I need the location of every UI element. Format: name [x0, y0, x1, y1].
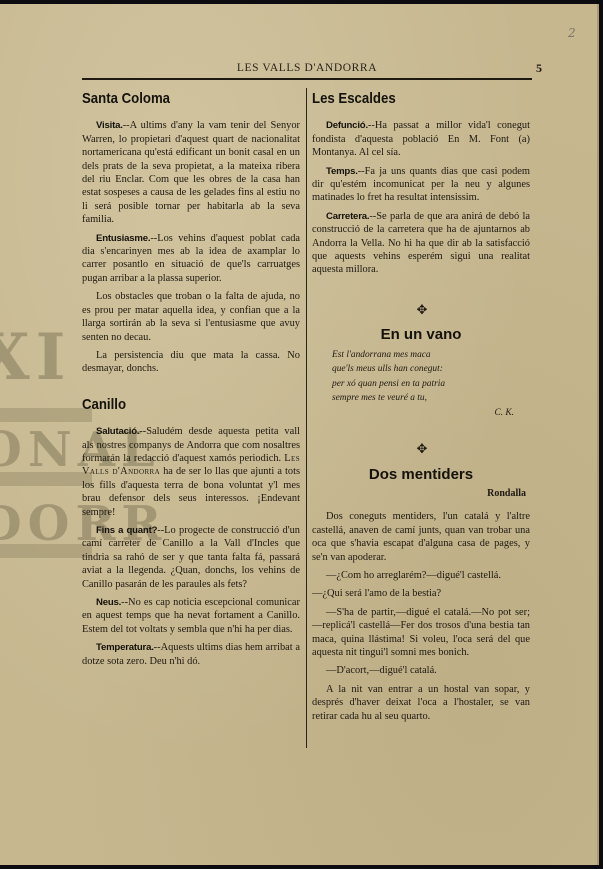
page-number: 5	[536, 61, 542, 76]
news-item: Visita.--A ultims d'any la vam tenir del…	[82, 119, 300, 226]
right-column: Les Escaldes Defunció.--Ha passat a mill…	[312, 88, 530, 728]
item-lead: Temps.	[326, 166, 358, 177]
story-title: Dos mentiders	[312, 468, 530, 481]
poem-line: que'ls meus ulls han conegut:	[332, 362, 530, 377]
item-lead: Carretera.	[326, 211, 369, 222]
item-lead: Neus.	[96, 597, 121, 608]
story-paragraph: A la nit van entrar a un hostal van sopa…	[312, 683, 530, 723]
story-paragraph: —¿Qui será l'amo de la bestia?	[312, 587, 530, 600]
poem-line: sempre mes te veuré a tu,	[332, 391, 530, 406]
story-paragraph: —D'acort,—digué'l catalá.	[312, 664, 530, 677]
news-item: Salutació.--Saludém desde aquesta petita…	[82, 425, 300, 519]
publication-title: LES VALLS D'ANDORRA	[82, 62, 532, 74]
news-item: Entusiasme.--Los vehins d'aquest poblat …	[82, 232, 300, 286]
story-subtitle: Rondalla	[312, 487, 526, 500]
item-lead: Visita.	[96, 120, 123, 131]
left-column: Santa Coloma Visita.--A ultims d'any la …	[82, 88, 300, 673]
news-item: Fins a quant?--Lo progecte de construcci…	[82, 524, 300, 591]
section-title-les-escaldes: Les Escaldes	[312, 92, 504, 105]
poem-title: En un vano	[312, 328, 530, 341]
poem-line: per xó quan pensi en ta patria	[332, 377, 530, 392]
news-item: Temperatura.--Aquests ultims dias hem ar…	[82, 641, 300, 668]
watermark-band	[0, 408, 92, 422]
poem-signature: C. K.	[312, 407, 530, 420]
news-item: Carretera.--Se parla de que ara anirá de…	[312, 210, 530, 277]
news-paragraph: La persistencia diu que mata la cassa. N…	[82, 349, 300, 376]
section-title-santa-coloma: Santa Coloma	[82, 92, 274, 105]
story-paragraph: —S'ha de partir,—digué el catalá.—No pot…	[312, 606, 530, 660]
item-lead: Temperatura.	[96, 642, 154, 653]
news-item: Defunció.--Ha passat a millor vida'l con…	[312, 119, 530, 159]
pencil-page-mark: 2	[568, 26, 576, 40]
news-paragraph: Los obstacles que troban o la falta de a…	[82, 290, 300, 344]
item-lead: Salutació.	[96, 426, 139, 437]
news-item: Neus.--No es cap noticia escepcional com…	[82, 596, 300, 636]
item-lead: Defunció.	[326, 120, 368, 131]
poem-line: Est l'andorrana mes maca	[332, 348, 530, 363]
fleuron-ornament-icon: ✥	[312, 442, 530, 455]
newspaper-page: 2 XI ONAL DORR LES VALLS D'ANDORRA 5 San…	[0, 4, 599, 865]
news-item: Temps.--Fa ja uns quants dias que casi p…	[312, 165, 530, 205]
running-header: LES VALLS D'ANDORRA 5	[82, 60, 532, 80]
column-rule	[306, 88, 307, 748]
story-paragraph: —¿Com ho arreglarém?—digué'l castellá.	[312, 569, 530, 582]
fleuron-ornament-icon: ✥	[312, 303, 530, 316]
item-lead: Fins a quant?	[96, 525, 157, 536]
library-watermark: XI	[0, 320, 72, 395]
story-paragraph: Dos coneguts mentiders, l'un catalá y l'…	[312, 510, 530, 564]
section-title-canillo: Canillo	[82, 398, 274, 411]
item-lead: Entusiasme.	[96, 233, 150, 244]
poem-verses: Est l'andorrana mes maca que'ls meus ull…	[312, 348, 530, 406]
